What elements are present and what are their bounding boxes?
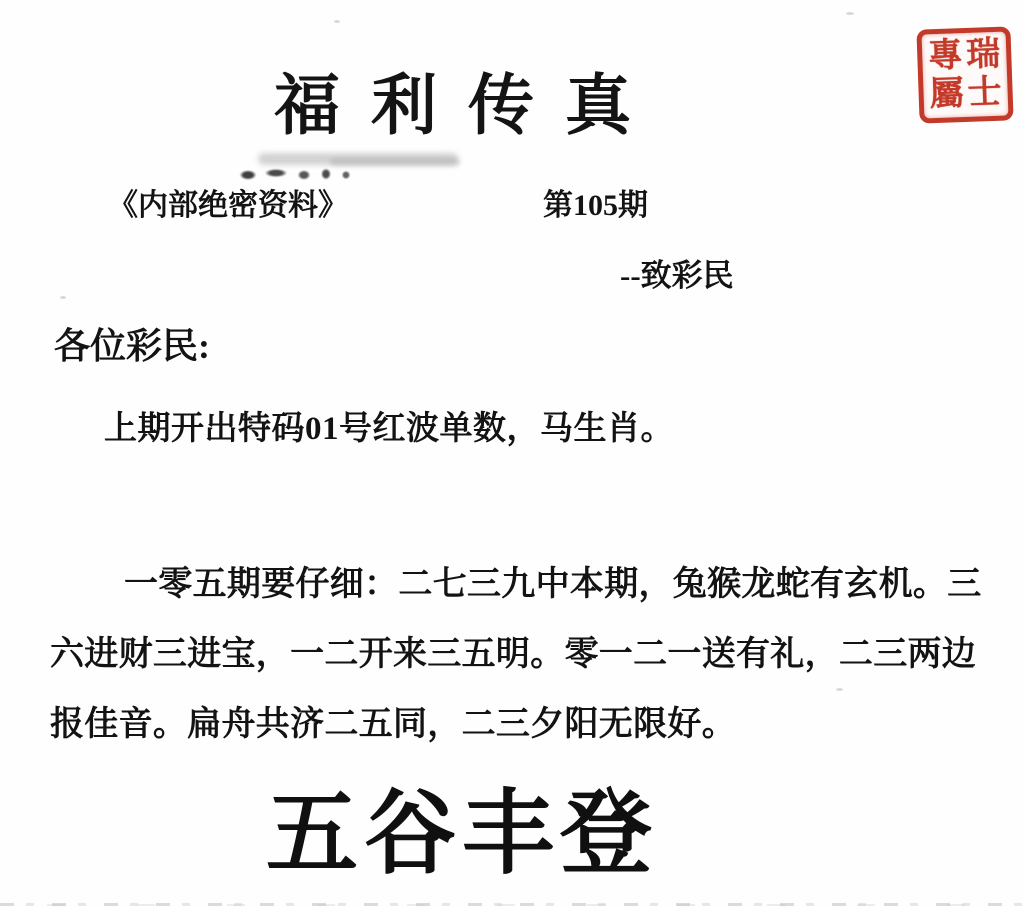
last-draw-result-line: 上期开出特码01号红波单数，马生肖。 — [104, 402, 674, 449]
issue-number: 第105期 — [543, 180, 648, 224]
poem-line-3: 报佳音。扁舟共济二五同，二三夕阳无限好。 — [50, 696, 736, 745]
fax-document-page: 福利传真 專 屬 瑞 士 《内部绝密资料》 第105期 --致彩民 各位彩民: … — [0, 0, 1024, 907]
red-seal-stamp: 專 屬 瑞 士 — [916, 26, 1013, 123]
classified-label: 《内部绝密资料》 — [108, 180, 348, 224]
poem-line-1: 一零五期要仔细：二七三九中本期，兔猴龙蛇有玄机。三 — [124, 556, 982, 605]
footer-slogan: 五谷丰登 — [266, 760, 658, 892]
scan-noise-speck — [846, 12, 854, 15]
stamp-right-column: 瑞 士 — [966, 36, 1003, 113]
stamp-char-rui: 瑞 — [966, 36, 1001, 75]
page-title: 福利传真 — [274, 52, 662, 147]
bottom-cutoff-text-row — [0, 900, 1024, 907]
scan-noise-speck — [836, 688, 843, 691]
stamp-char-shi: 士 — [967, 74, 1002, 113]
greeting-line: 各位彩民: — [54, 318, 210, 369]
stamp-left-column: 專 屬 — [928, 37, 965, 114]
stamp-char-shu: 屬 — [929, 75, 964, 114]
addressee-line: --致彩民 — [620, 250, 734, 295]
poem-line-2: 六进财三进宝，一二开来三五明。零一二一送有礼，二三两边 — [50, 626, 976, 675]
scan-smudge — [330, 158, 460, 166]
scan-noise-speck — [60, 296, 66, 299]
stamp-char-zhuan: 專 — [928, 37, 963, 76]
scan-noise-speck — [334, 20, 340, 23]
